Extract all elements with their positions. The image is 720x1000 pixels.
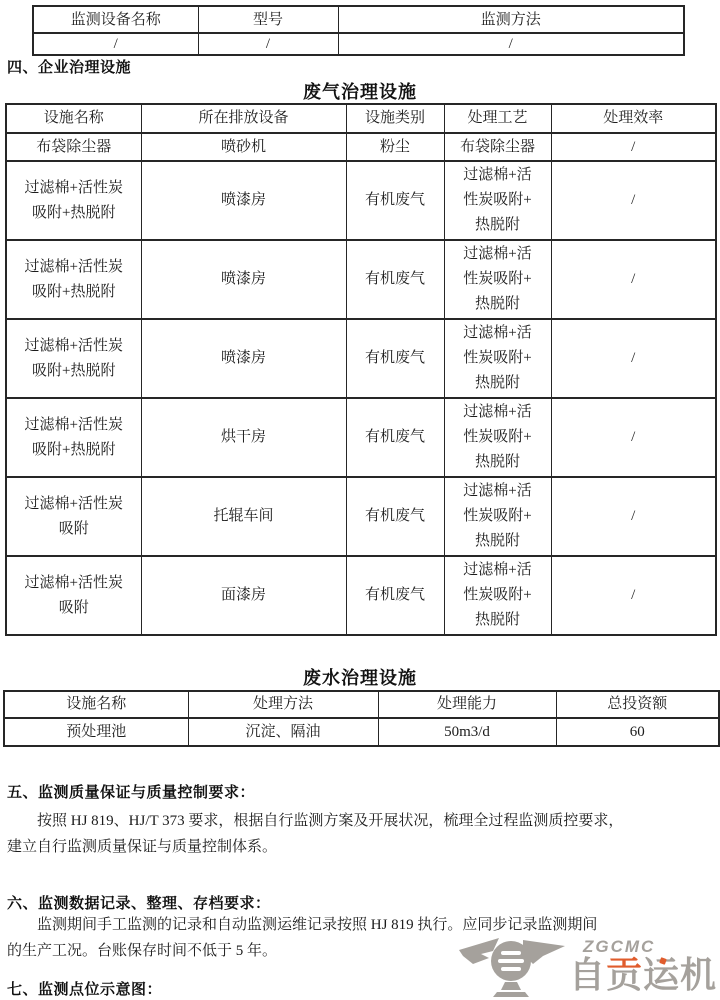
document-page: 监测设备名称 型号 监测方法 /// 四、企业治理设施 废气治理设施 设施名称 …	[0, 0, 720, 1000]
logo-text-block: ZGCMC 自贡运机	[569, 934, 717, 995]
logo-chinese-text: 自贡运机	[569, 955, 717, 995]
table-cell: 过滤棉+活性炭 吸附+热脱附	[6, 319, 141, 398]
waste-gas-treatment-table: 设施名称 所在排放设备 设施类别 处理工艺 处理效率 布袋除尘器喷砂机粉尘布袋除…	[5, 103, 717, 636]
table-cell: /	[551, 556, 716, 635]
table-cell: 过滤棉+活性炭 吸附+热脱附	[6, 398, 141, 477]
table-header-row: 设施名称 处理方法 处理能力 总投资额	[4, 691, 719, 718]
table-cell: 喷漆房	[141, 240, 346, 319]
table-cell: 过滤棉+活 性炭吸附+ 热脱附	[444, 240, 551, 319]
table-cell: 有机废气	[346, 556, 444, 635]
col-header-efficiency: 处理效率	[551, 104, 716, 133]
col-header-treatment-method: 处理方法	[188, 691, 378, 718]
table-cell: 布袋除尘器	[6, 133, 141, 161]
section5-paragraph: 按照 HJ 819、HJ/T 373 要求，根据自行监测方案及开展状况，梳理全过…	[7, 808, 717, 860]
logo-char-accent: 贡	[606, 954, 643, 995]
table-cell: 有机废气	[346, 477, 444, 556]
table-cell: 粉尘	[346, 133, 444, 161]
logo-char: 自	[569, 954, 606, 995]
table-row: 过滤棉+活性炭 吸附+热脱附烘干房有机废气过滤棉+活 性炭吸附+ 热脱附/	[6, 398, 716, 477]
table-cell: /	[551, 161, 716, 240]
table-cell: 60	[556, 718, 719, 746]
table-row: 过滤棉+活性炭 吸附托辊车间有机废气过滤棉+活 性炭吸附+ 热脱附/	[6, 477, 716, 556]
table-cell: 过滤棉+活性炭 吸附+热脱附	[6, 240, 141, 319]
table-cell: 过滤棉+活 性炭吸附+ 热脱附	[444, 556, 551, 635]
table-cell: /	[33, 33, 198, 55]
section5-heading: 五、监测质量保证与质量控制要求：	[7, 781, 255, 802]
table-cell: 有机废气	[346, 398, 444, 477]
section7-heading: 七、监测点位示意图：	[7, 978, 162, 999]
company-logo: ZGCMC 自贡运机	[459, 934, 719, 998]
waste-water-treatment-table: 设施名称 处理方法 处理能力 总投资额 预处理池沉淀、隔油50m3/d60	[3, 690, 720, 747]
col-header-device-name: 监测设备名称	[33, 6, 198, 33]
section6-heading: 六、监测数据记录、整理、存档要求：	[7, 892, 271, 913]
table-row: 过滤棉+活性炭 吸附+热脱附喷漆房有机废气过滤棉+活 性炭吸附+ 热脱附/	[6, 319, 716, 398]
table-cell: 预处理池	[4, 718, 188, 746]
table-row: 过滤棉+活性炭 吸附面漆房有机废气过滤棉+活 性炭吸附+ 热脱附/	[6, 556, 716, 635]
logo-latin-text: ZGCMC	[583, 938, 655, 955]
table-cell: 过滤棉+活 性炭吸附+ 热脱附	[444, 161, 551, 240]
col-header-model: 型号	[198, 6, 338, 33]
table-cell: 过滤棉+活 性炭吸附+ 热脱附	[444, 319, 551, 398]
col-header-process: 处理工艺	[444, 104, 551, 133]
col-header-facility-type: 设施类别	[346, 104, 444, 133]
col-header-facility-name: 设施名称	[4, 691, 188, 718]
table-cell: 喷漆房	[141, 161, 346, 240]
table-cell: 沉淀、隔油	[188, 718, 378, 746]
monitoring-equipment-table: 监测设备名称 型号 监测方法 ///	[32, 5, 685, 56]
table-cell: /	[551, 477, 716, 556]
logo-bird-roller-icon	[459, 934, 567, 998]
table-cell: 面漆房	[141, 556, 346, 635]
gas-table-title: 废气治理设施	[0, 78, 720, 104]
table-cell: 烘干房	[141, 398, 346, 477]
table-cell: /	[551, 240, 716, 319]
table-cell: /	[338, 33, 684, 55]
table-cell: 喷漆房	[141, 319, 346, 398]
table-cell: 喷砂机	[141, 133, 346, 161]
section4-heading: 四、企业治理设施	[7, 56, 131, 77]
table-row: 过滤棉+活性炭 吸附+热脱附喷漆房有机废气过滤棉+活 性炭吸附+ 热脱附/	[6, 240, 716, 319]
logo-char: 机	[680, 954, 717, 995]
table-cell: 过滤棉+活性炭 吸附	[6, 556, 141, 635]
table-row: ///	[33, 33, 684, 55]
table-row: 布袋除尘器喷砂机粉尘布袋除尘器/	[6, 133, 716, 161]
water-table-title: 废水治理设施	[0, 664, 720, 690]
table-header-row: 设施名称 所在排放设备 设施类别 处理工艺 处理效率	[6, 104, 716, 133]
table-cell: 托辊车间	[141, 477, 346, 556]
table-cell: /	[551, 398, 716, 477]
table-cell: /	[198, 33, 338, 55]
col-header-investment: 总投资额	[556, 691, 719, 718]
col-header-emission-equipment: 所在排放设备	[141, 104, 346, 133]
table-cell: 有机废气	[346, 161, 444, 240]
table-cell: 过滤棉+活性炭 吸附	[6, 477, 141, 556]
table-cell: 有机废气	[346, 319, 444, 398]
col-header-facility-name: 设施名称	[6, 104, 141, 133]
table-cell: 过滤棉+活性炭 吸附+热脱附	[6, 161, 141, 240]
col-header-capacity: 处理能力	[378, 691, 556, 718]
table-cell: /	[551, 133, 716, 161]
table-cell: 有机废气	[346, 240, 444, 319]
table-cell: 过滤棉+活 性炭吸附+ 热脱附	[444, 398, 551, 477]
col-header-method: 监测方法	[338, 6, 684, 33]
table-header-row: 监测设备名称 型号 监测方法	[33, 6, 684, 33]
table-row: 预处理池沉淀、隔油50m3/d60	[4, 718, 719, 746]
table-row: 过滤棉+活性炭 吸附+热脱附喷漆房有机废气过滤棉+活 性炭吸附+ 热脱附/	[6, 161, 716, 240]
table-cell: 过滤棉+活 性炭吸附+ 热脱附	[444, 477, 551, 556]
table-cell: /	[551, 319, 716, 398]
table-cell: 布袋除尘器	[444, 133, 551, 161]
table-cell: 50m3/d	[378, 718, 556, 746]
